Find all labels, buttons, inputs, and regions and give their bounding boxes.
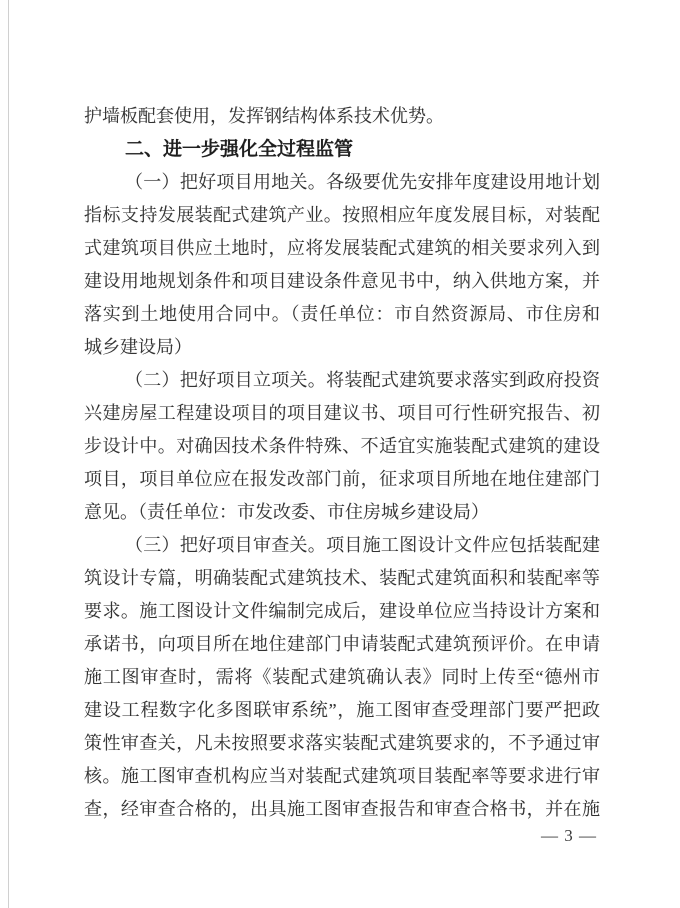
text-line: 兴建房屋工程建设项目的项目建议书、项目可行性研究报告、初 — [84, 397, 600, 430]
text-line: 落实到土地使用合同中。（责任单位：市自然资源局、市住房和 — [84, 298, 600, 331]
scan-edge-line — [8, 0, 9, 908]
text-line: 式建筑项目供应土地时，应将发展装配式建筑的相关要求列入到 — [84, 232, 600, 265]
text-line: 筑设计专篇，明确装配式建筑技术、装配式建筑面积和装配率等 — [84, 562, 600, 595]
section-heading: 二、进一步强化全过程监管 — [84, 133, 600, 166]
text-line: 城乡建设局） — [84, 331, 600, 364]
text-line: 建设用地规划条件和项目建设条件意见书中，纳入供地方案，并 — [84, 265, 600, 298]
text-line: 要求。施工图设计文件编制完成后，建设单位应当持设计方案和 — [84, 595, 600, 628]
text-line: 施工图审查时，需将《装配式建筑确认表》同时上传至“德州市 — [84, 661, 600, 694]
text-line: 步设计中。对确因技术条件特殊、不适宜实施装配式建筑的建设 — [84, 430, 600, 463]
text-line: 建设工程数字化多图联审系统”，施工图审查受理部门要严把政 — [84, 694, 600, 727]
text-line: （一）把好项目用地关。各级要优先安排年度建设用地计划 — [84, 166, 600, 199]
document-page: 护墙板配套使用，发挥钢结构体系技术优势。 二、进一步强化全过程监管 （一）把好项… — [0, 0, 680, 908]
page-number: — 3 — — [541, 826, 597, 846]
text-line: 项目，项目单位应在报发改部门前，征求项目所地在地住建部门 — [84, 463, 600, 496]
document-body: 护墙板配套使用，发挥钢结构体系技术优势。 二、进一步强化全过程监管 （一）把好项… — [84, 100, 600, 826]
text-line: 指标支持发展装配式建筑产业。按照相应年度发展目标，对装配 — [84, 199, 600, 232]
text-line: 意见。（责任单位：市发改委、市住房城乡建设局） — [84, 496, 600, 529]
text-line: 护墙板配套使用，发挥钢结构体系技术优势。 — [84, 100, 600, 133]
text-line: （二）把好项目立项关。将装配式建筑要求落实到政府投资 — [84, 364, 600, 397]
text-line: 承诺书，向项目所在地住建部门申请装配式建筑预评价。在申请 — [84, 628, 600, 661]
text-line: 策性审查关，凡未按照要求落实装配式建筑要求的，不予通过审 — [84, 727, 600, 760]
text-line: 核。施工图审查机构应当对装配式建筑项目装配率等要求进行审 — [84, 760, 600, 793]
text-line: 查，经审查合格的，出具施工图审查报告和审查合格书，并在施 — [84, 793, 600, 826]
text-line: （三）把好项目审查关。项目施工图设计文件应包括装配建 — [84, 529, 600, 562]
